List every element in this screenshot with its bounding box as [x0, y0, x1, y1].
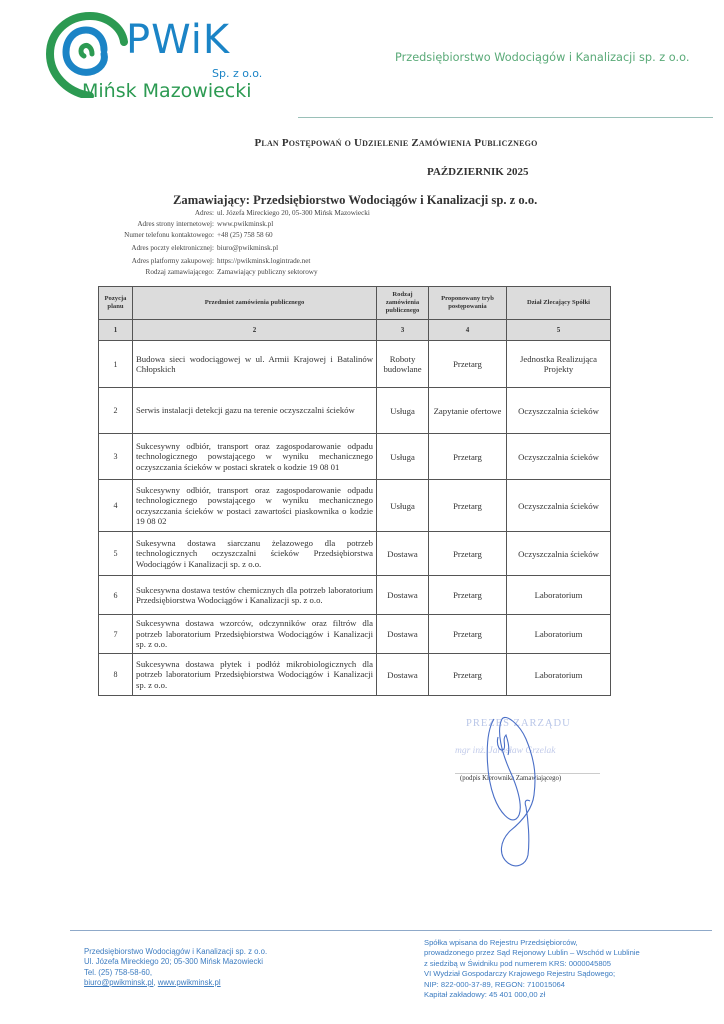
detail-row-platform: Adres platformy zakupowej: https://pwikm…	[0, 257, 724, 267]
detail-value: +48 (25) 758 58 60	[217, 231, 273, 239]
detail-label: Adres strony internetowej:	[137, 220, 214, 228]
header-department: Dział Zlecający Spółki	[507, 287, 611, 320]
detail-row-address: Adres: ul. Józefa Mireckiego 20, 05-300 …	[0, 209, 724, 219]
cell-department: Laboratorium	[507, 576, 611, 615]
cell-mode: Przetarg	[429, 532, 507, 576]
footer-registry-line: z siedzibą w Świdniku pod numerem KRS: 0…	[424, 959, 640, 969]
cell-mode: Przetarg	[429, 576, 507, 615]
cell-subject: Sukcesywna dostawa wzorców, odczynników …	[133, 615, 377, 654]
detail-value: ul. Józefa Mireckiego 20, 05-300 Mińsk M…	[217, 209, 370, 217]
table-row: 5 Sukesywna dostawa siarczanu żelazowego…	[99, 532, 611, 576]
header-mode: Proponowany tryb postępowania	[429, 287, 507, 320]
cell-mode: Przetarg	[429, 615, 507, 654]
detail-label: Adres poczty elektronicznej:	[131, 244, 214, 252]
detail-value: https://pwikminsk.logintrade.net	[217, 257, 310, 265]
footer-registry-line: Spółka wpisana do Rejestru Przedsiębiorc…	[424, 938, 640, 948]
cell-position: 3	[99, 434, 133, 480]
detail-value: www.pwikminsk.pl	[217, 220, 273, 228]
footer-registry-line: prowadzonego przez Sąd Rejonowy Lublin –…	[424, 948, 640, 958]
detail-row-phone: Numer telefonu kontaktowego: +48 (25) 75…	[0, 231, 724, 241]
header-type: Rodzaj zamówienia publicznego	[377, 287, 429, 320]
contracting-authority-label: Zamawiający:	[173, 193, 250, 207]
column-number: 4	[429, 320, 507, 341]
document-month: PAŹDZIERNIK 2025	[427, 166, 529, 178]
footer-company: Przedsiębiorstwo Wodociągów i Kanalizacj…	[84, 947, 267, 957]
footer-divider	[70, 930, 712, 931]
logo-city: Mińsk Mazowiecki	[82, 80, 252, 102]
cell-department: Oczyszczalnia ścieków	[507, 532, 611, 576]
cell-subject: Sukcesywna dostawa testów chemicznych dl…	[133, 576, 377, 615]
column-number: 2	[133, 320, 377, 341]
table-row: 4 Sukcesywny odbiór, transport oraz zago…	[99, 480, 611, 532]
table-row: 1 Budowa sieci wodociągowej w ul. Armii …	[99, 341, 611, 388]
footer-address: Ul. Józefa Mireckiego 20; 05-300 Mińsk M…	[84, 957, 267, 967]
cell-subject: Sukcesywna dostawa płytek i podłóż mikro…	[133, 654, 377, 696]
cell-type: Dostawa	[377, 532, 429, 576]
footer-phone: Tel. (25) 758-58-60,	[84, 968, 267, 978]
detail-label: Adres platformy zakupowej:	[132, 257, 214, 265]
table-row: 6 Sukcesywna dostawa testów chemicznych …	[99, 576, 611, 615]
footer-website-link[interactable]: www.pwikminsk.pl	[158, 978, 221, 987]
detail-row-type: Rodzaj zamawiającego: Zamawiający public…	[0, 268, 724, 278]
cell-position: 7	[99, 615, 133, 654]
cell-subject: Sukesywna dostawa siarczanu żelazowego d…	[133, 532, 377, 576]
cell-position: 5	[99, 532, 133, 576]
detail-row-website: Adres strony internetowej: www.pwikminsk…	[0, 220, 724, 230]
cell-subject: Sukcesywny odbiór, transport oraz zagosp…	[133, 480, 377, 532]
cell-department: Oczyszczalnia ścieków	[507, 388, 611, 434]
detail-label: Numer telefonu kontaktowego:	[124, 231, 214, 239]
cell-type: Dostawa	[377, 615, 429, 654]
procurement-plan-table: Pozycja planu Przedmiot zamówienia publi…	[98, 286, 611, 696]
detail-label: Adres:	[195, 209, 214, 217]
cell-mode: Zapytanie ofertowe	[429, 388, 507, 434]
cell-position: 2	[99, 388, 133, 434]
cell-department: Oczyszczalnia ścieków	[507, 480, 611, 532]
contracting-authority: Zamawiający: Przedsiębiorstwo Wodociągów…	[173, 193, 537, 208]
cell-department: Jednostka Realizująca Projekty	[507, 341, 611, 388]
company-logo: PWiK Sp. z o.o. Mińsk Mazowiecki	[46, 12, 266, 102]
header-subject: Przedmiot zamówienia publicznego	[133, 287, 377, 320]
cell-mode: Przetarg	[429, 434, 507, 480]
cell-department: Laboratorium	[507, 654, 611, 696]
document-title: Plan Postępowań o Udzielenie Zamówienia …	[0, 137, 724, 149]
column-number: 1	[99, 320, 133, 341]
table-row: 8 Sukcesywna dostawa płytek i podłóż mik…	[99, 654, 611, 696]
cell-department: Oczyszczalnia ścieków	[507, 434, 611, 480]
footer-registry-line: Kapitał zakładowy: 45 401 000,00 zł	[424, 990, 640, 1000]
detail-label: Rodzaj zamawiającego:	[146, 268, 214, 276]
header-divider	[298, 117, 713, 118]
footer-email-link[interactable]: biuro@pwikminsk.pl	[84, 978, 153, 987]
column-number: 3	[377, 320, 429, 341]
table-header-row: Pozycja planu Przedmiot zamówienia publi…	[99, 287, 611, 320]
header-position: Pozycja planu	[99, 287, 133, 320]
cell-department: Laboratorium	[507, 615, 611, 654]
cell-subject: Sukcesywny odbiór, transport oraz zagosp…	[133, 434, 377, 480]
cell-position: 6	[99, 576, 133, 615]
detail-value: biuro@pwikminsk.pl	[217, 244, 278, 252]
cell-type: Dostawa	[377, 654, 429, 696]
cell-type: Usługa	[377, 434, 429, 480]
cell-mode: Przetarg	[429, 654, 507, 696]
table-column-numbers: 1 2 3 4 5	[99, 320, 611, 341]
cell-position: 8	[99, 654, 133, 696]
cell-type: Dostawa	[377, 576, 429, 615]
handwritten-signature-icon	[480, 715, 550, 870]
cell-subject: Budowa sieci wodociągowej w ul. Armii Kr…	[133, 341, 377, 388]
column-number: 5	[507, 320, 611, 341]
cell-type: Roboty budowlane	[377, 341, 429, 388]
cell-type: Usługa	[377, 480, 429, 532]
detail-row-email: Adres poczty elektronicznej: biuro@pwikm…	[0, 244, 724, 254]
cell-mode: Przetarg	[429, 480, 507, 532]
table-row: 2 Serwis instalacji detekcji gazu na ter…	[99, 388, 611, 434]
cell-position: 4	[99, 480, 133, 532]
logo-brand: PWiK	[126, 20, 230, 60]
contracting-authority-name: Przedsiębiorstwo Wodociągów i Kanalizacj…	[253, 193, 537, 207]
footer-registry-line: VI Wydział Gospodarczy Krajowego Rejestr…	[424, 969, 640, 979]
cell-type: Usługa	[377, 388, 429, 434]
cell-position: 1	[99, 341, 133, 388]
footer-registry: Spółka wpisana do Rejestru Przedsiębiorc…	[424, 938, 640, 1000]
table-row: 7 Sukcesywna dostawa wzorców, odczynnikó…	[99, 615, 611, 654]
footer-contact: Przedsiębiorstwo Wodociągów i Kanalizacj…	[84, 947, 267, 988]
logo-legal-form: Sp. z o.o.	[212, 67, 262, 80]
detail-value: Zamawiający publiczny sektorowy	[217, 268, 318, 276]
cell-mode: Przetarg	[429, 341, 507, 388]
cell-subject: Serwis instalacji detekcji gazu na teren…	[133, 388, 377, 434]
footer-registry-line: NIP: 822-000-37-89, REGON: 710015064	[424, 980, 640, 990]
footer-links: biuro@pwikminsk.pl, www.pwikminsk.pl	[84, 978, 267, 988]
table-row: 3 Sukcesywny odbiór, transport oraz zago…	[99, 434, 611, 480]
header-company-name: Przedsiębiorstwo Wodociągów i Kanalizacj…	[395, 51, 689, 64]
